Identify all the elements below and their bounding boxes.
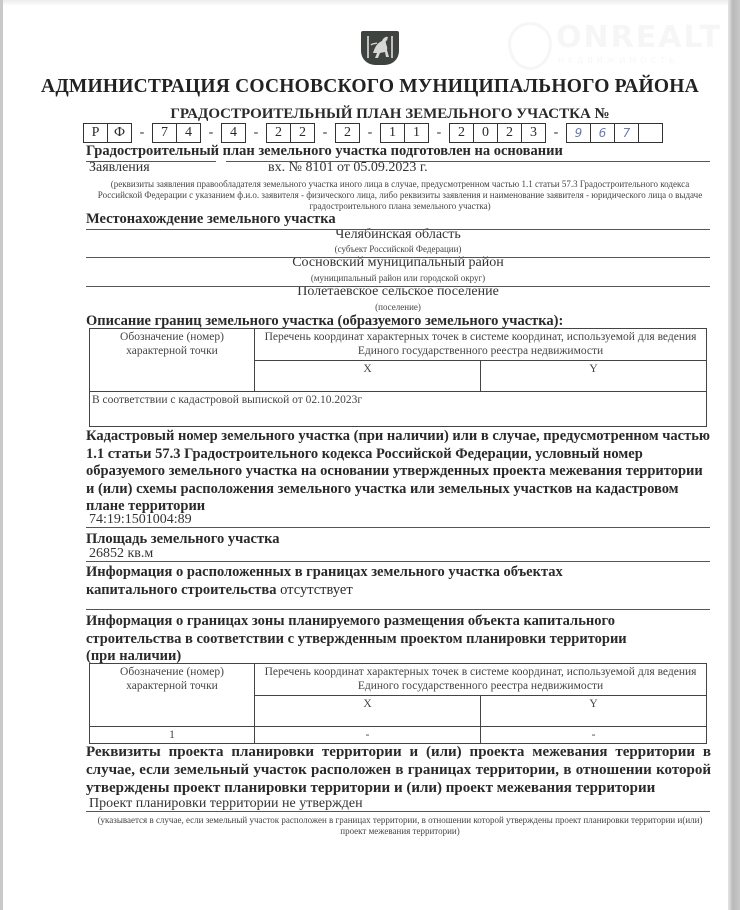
coat-of-arms-icon: [361, 31, 399, 65]
watermark-text: ONREALT: [556, 22, 722, 54]
number-box: Р: [84, 124, 107, 142]
boundaries-note: В соответствии с кадастровой выпиской от…: [90, 392, 707, 427]
watermark-subtext: НЕДВИЖИМОСТЬ: [558, 56, 679, 65]
boundaries-table: Обозначение (номер) характерной точки Пе…: [89, 328, 707, 427]
number-box: 2: [267, 124, 290, 142]
number-box-group: 11: [380, 123, 429, 143]
number-box: 2: [497, 124, 521, 142]
number-box-group: 2023: [449, 123, 546, 143]
capital-objects-heading: Информация о расположенных в границах зе…: [86, 564, 646, 599]
number-separator: -: [132, 125, 152, 141]
number-box: 6: [590, 124, 614, 142]
number-box: Ф: [107, 124, 131, 142]
cadastral-line: [86, 527, 710, 528]
document-subtitle: ГРАДОСТРОИТЕЛЬНЫЙ ПЛАН ЗЕМЕЛЬНОГО УЧАСТК…: [0, 106, 740, 123]
number-box-group: РФ: [83, 123, 132, 143]
basis-caption: (реквизиты заявления правообладателя зем…: [92, 179, 708, 212]
number-box: 2: [290, 124, 314, 142]
basis-doc-ref: вх. № 8101 от 05.09.2023 г.: [268, 160, 428, 176]
number-box: 7: [614, 124, 638, 142]
capital-objects-line: [86, 609, 710, 610]
cadastral-heading: Кадастровый номер земельного участка (пр…: [86, 428, 711, 516]
area-value: 26852 кв.м: [89, 546, 153, 562]
project-heading: Реквизиты проекта планировки территории …: [86, 743, 711, 797]
number-box: 1: [381, 124, 404, 142]
number-box-group: 2: [335, 123, 360, 143]
page-right-edge: [728, 0, 740, 910]
basis-doc-type: Заявления: [89, 160, 150, 176]
planned-zone-heading: Информация о границах зоны планируемого …: [86, 613, 631, 666]
point-cell: 1: [90, 727, 255, 744]
number-box: 2: [450, 124, 473, 142]
location-settlement-caption: (поселение): [86, 302, 710, 313]
number-separator: -: [546, 125, 566, 141]
col-y-header: Y: [480, 360, 706, 392]
col-x-header: X: [255, 695, 481, 727]
area-line: [86, 561, 710, 562]
capital-objects-value: отсутствует: [280, 582, 353, 598]
project-value: Проект планировки территории не утвержде…: [89, 796, 363, 812]
cadastral-number: 74:19:1501004:89: [89, 512, 192, 528]
number-box: 4: [176, 124, 200, 142]
number-box: 1: [404, 124, 428, 142]
project-line: [86, 811, 710, 812]
number-box: 7: [153, 124, 176, 142]
number-separator: -: [246, 125, 266, 141]
number-box: 2: [336, 124, 359, 142]
number-separator: -: [429, 125, 449, 141]
col-coords-header: Перечень координат характерных точек в с…: [255, 329, 707, 361]
x-cell: -: [255, 727, 481, 744]
number-box-group: 967: [566, 123, 663, 143]
page-top-edge: [0, 0, 740, 6]
number-box-group: 74: [152, 123, 201, 143]
location-heading: Местонахождение земельного участка: [86, 211, 336, 228]
y-cell: -: [480, 727, 706, 744]
page-left-edge: [0, 0, 3, 910]
col-y-header: Y: [480, 695, 706, 727]
location-settlement-line: [86, 286, 710, 287]
col-coords-header: Перечень координат характерных точек в с…: [255, 664, 707, 696]
location-subject-caption: (субъект Российской Федерации): [86, 244, 710, 255]
location-district-caption: (муниципальный район или городской округ…: [86, 273, 710, 284]
page-title: АДМИНИСТРАЦИЯ СОСНОВСКОГО МУНИЦИПАЛЬНОГО…: [0, 76, 740, 98]
number-box-group: 22: [266, 123, 315, 143]
number-box: 0: [473, 124, 497, 142]
number-box: [638, 124, 662, 142]
number-separator: -: [360, 125, 380, 141]
col-point-header: Обозначение (номер) характерной точки: [90, 664, 255, 727]
table-row: 1 - -: [90, 727, 707, 744]
planned-zone-table: Обозначение (номер) характерной точки Пе…: [89, 663, 707, 744]
number-box-group: 4: [221, 123, 246, 143]
number-box: 3: [521, 124, 545, 142]
location-subject-line: [86, 229, 710, 230]
col-x-header: X: [255, 360, 481, 392]
number-box: 9: [567, 124, 590, 142]
col-point-header: Обозначение (номер) характерной точки: [90, 329, 255, 392]
watermark: ONREALT НЕДВИЖИМОСТЬ: [508, 22, 723, 70]
number-box: 4: [222, 124, 245, 142]
house-pin-icon: [508, 22, 552, 70]
plan-number: РФ-74-4-22-2-11-2023-967: [83, 123, 663, 143]
project-caption: (указывается в случае, если земельный уч…: [92, 815, 708, 837]
number-separator: -: [201, 125, 221, 141]
basis-heading: Градостроительный план земельного участк…: [86, 143, 563, 160]
number-separator: -: [315, 125, 335, 141]
location-district-line: [86, 257, 710, 258]
